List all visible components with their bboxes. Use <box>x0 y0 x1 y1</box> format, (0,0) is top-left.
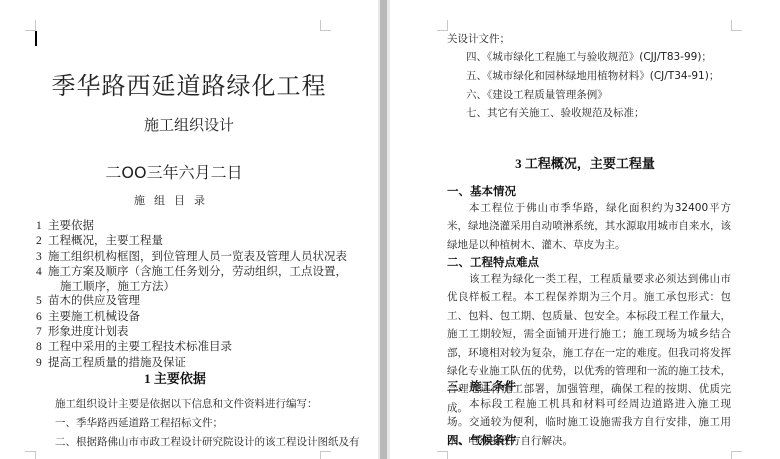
basis-item: 六、《建设工程质量管理条例》 <box>466 87 608 102</box>
toc-text: 工程中采用的主要工程技术标准目录 <box>48 339 232 353</box>
page-separator <box>380 0 387 459</box>
toc-number: 8 <box>36 340 48 354</box>
margin-mark-top-left <box>25 20 36 31</box>
subsection-heading-conditions: 三、施工条件 <box>447 378 516 394</box>
toc-item[interactable]: 2工程概况，主要工程量 <box>36 233 347 248</box>
toc-item-continuation: 施工顺序，施工方法） <box>36 279 347 293</box>
toc-item[interactable]: 1主要依据 <box>36 218 347 233</box>
toc-number: 1 <box>36 219 48 233</box>
margin-mark-bottom-right <box>320 451 331 459</box>
toc-item[interactable]: 8工程中采用的主要工程技术标准目录 <box>36 339 347 354</box>
subsection-heading-basic-info: 一、基本情况 <box>447 183 516 199</box>
margin-mark-bottom-right <box>731 451 742 459</box>
toc-text: 苗木的供应及管理 <box>48 293 140 307</box>
toc-text: 施工顺序，施工方法） <box>60 279 175 293</box>
document-page-2: 关设计文件； 四、《城市绿化工程施工与验收规范》(CJJ/T83-99)； 五、… <box>390 0 780 459</box>
margin-mark-top-right <box>731 20 742 31</box>
margin-mark-bottom-left <box>25 451 36 459</box>
toc-number: 2 <box>36 234 48 248</box>
margin-mark-bottom-left <box>437 451 448 459</box>
text-cursor <box>35 31 37 46</box>
document-title: 季华路西延道路绿化工程 <box>0 66 378 101</box>
toc-text: 提高工程质量的措施及保证 <box>48 355 186 369</box>
toc-text: 工程概况，主要工程量 <box>48 233 163 247</box>
document-page-1: 季华路西延道路绿化工程 施工组织设计 二OO三年六月二日 施组目录 1主要依据 … <box>0 0 378 459</box>
basis-item: 四、《城市绿化工程施工与验收规范》(CJJ/T83-99)； <box>466 49 712 64</box>
toc-number: 3 <box>36 250 48 264</box>
section-1-intro: 施工组织设计主要是依据以下信息和文件资料进行编写： <box>55 396 318 411</box>
toc-item[interactable]: 3施工组织机构框图，到位管理人员一览表及管理人员状况表 <box>36 249 347 264</box>
basis-item: 一、季华路西延道路工程招标文件； <box>55 415 223 430</box>
subsection-heading-difficulties: 二、工程特点难点 <box>447 254 539 270</box>
toc-text: 形象进度计划表 <box>48 324 129 338</box>
toc-text: 施工方案及顺序（含施工任务划分，劳动组织，工点设置， <box>48 264 347 278</box>
toc-text: 主要施工机械设备 <box>48 309 140 323</box>
toc-item[interactable]: 6主要施工机械设备 <box>36 309 347 324</box>
margin-mark-top-left <box>437 20 448 31</box>
table-of-contents: 1主要依据 2工程概况，主要工程量 3施工组织机构框图，到位管理人员一览表及管理… <box>36 218 347 370</box>
toc-number: 5 <box>36 294 48 308</box>
basis-item: 五、《城市绿化和园林绿地用植物材料》(CJ/T34-91)； <box>466 68 719 83</box>
page-gap <box>378 0 390 459</box>
toc-number: 4 <box>36 265 48 279</box>
document-date: 二OO三年六月二日 <box>0 160 348 183</box>
margin-mark-top-right <box>320 20 331 31</box>
toc-item[interactable]: 5苗木的供应及管理 <box>36 293 347 308</box>
continued-text: 关设计文件； <box>447 31 510 46</box>
toc-heading: 施组目录 <box>0 192 348 208</box>
toc-text: 施工组织机构框图，到位管理人员一览表及管理人员状况表 <box>48 249 347 263</box>
toc-number: 6 <box>36 310 48 324</box>
toc-item[interactable]: 7形象进度计划表 <box>36 324 347 339</box>
toc-text: 主要依据 <box>48 218 94 232</box>
toc-number: 7 <box>36 325 48 339</box>
document-subtitle: 施工组织设计 <box>0 114 378 135</box>
toc-item[interactable]: 4施工方案及顺序（含施工任务划分，劳动组织，工点设置， <box>36 264 347 279</box>
basis-item: 七、其它有关施工、验收规范及标准； <box>466 105 645 120</box>
subsection-heading-climate: 四、气候条件 <box>447 432 516 448</box>
subsection-paragraph: 本工程位于佛山市季华路，绿化面积约为32400平方米，绿地浇灌采用自动喷淋系统，… <box>447 199 731 254</box>
section-1-heading: 1 主要依据 <box>0 368 350 387</box>
basis-item: 二、根据路佛山市市政工程设计研究院设计的该工程设计图纸及有 <box>55 434 360 449</box>
section-3-heading: 3 工程概况，主要工程量 <box>390 153 780 172</box>
